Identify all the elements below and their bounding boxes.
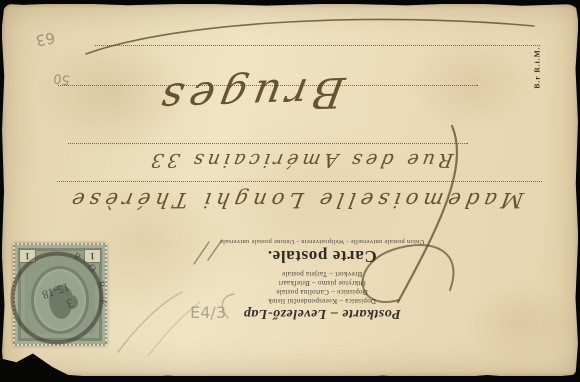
carte-postale-title: Carte postale. bbox=[198, 246, 446, 267]
heading-line-briefkaart: Otkrytoe pismo – Briefkaart bbox=[198, 278, 446, 287]
pencil-mark-50: 50 bbox=[52, 70, 70, 87]
postmark-rim-text: R O R E bbox=[72, 251, 109, 310]
heading-line-postkarte: Postkarte – Levelező-Lap bbox=[198, 305, 446, 322]
photo-background: B.r R.i.M. Postkarte – Levelező-Lap Dopi… bbox=[0, 0, 580, 382]
address-rule-1 bbox=[57, 181, 542, 182]
postcard-back-content: B.r R.i.M. Postkarte – Levelező-Lap Dopi… bbox=[2, 4, 578, 376]
handwritten-addressee: Mademoiselle Longhi Thérèse bbox=[65, 188, 525, 212]
heading-line-dopisnica: Dopisnica – Korespondenční lístek bbox=[198, 296, 446, 305]
postcard: B.r R.i.M. Postkarte – Levelező-Lap Dopi… bbox=[2, 4, 578, 376]
address-rule-4 bbox=[95, 45, 540, 46]
postmark-day: 3 bbox=[65, 296, 76, 312]
pencil-mark-63: 63 bbox=[34, 28, 56, 50]
svg-text:R O R E: R O R E bbox=[72, 251, 109, 310]
pencil-mark-e43: E4/3 bbox=[190, 303, 226, 322]
handwritten-street: Rue des Américains 33 bbox=[146, 149, 455, 171]
union-postale-line: Union postale universelle - Weltpostvere… bbox=[198, 237, 446, 246]
handwritten-city: Bruges bbox=[151, 68, 348, 124]
heading-line-brevkort: Brevkort – Tarjeta postale bbox=[198, 269, 446, 278]
heading-line-cartolina: Dopisnice – Cartolina postale bbox=[198, 287, 446, 296]
printed-heading-block: Postkarte – Levelező-Lap Dopisnica – Kor… bbox=[198, 232, 446, 322]
postmark: R O R E 3 15-18 bbox=[2, 243, 112, 353]
address-rule-2 bbox=[68, 143, 468, 144]
